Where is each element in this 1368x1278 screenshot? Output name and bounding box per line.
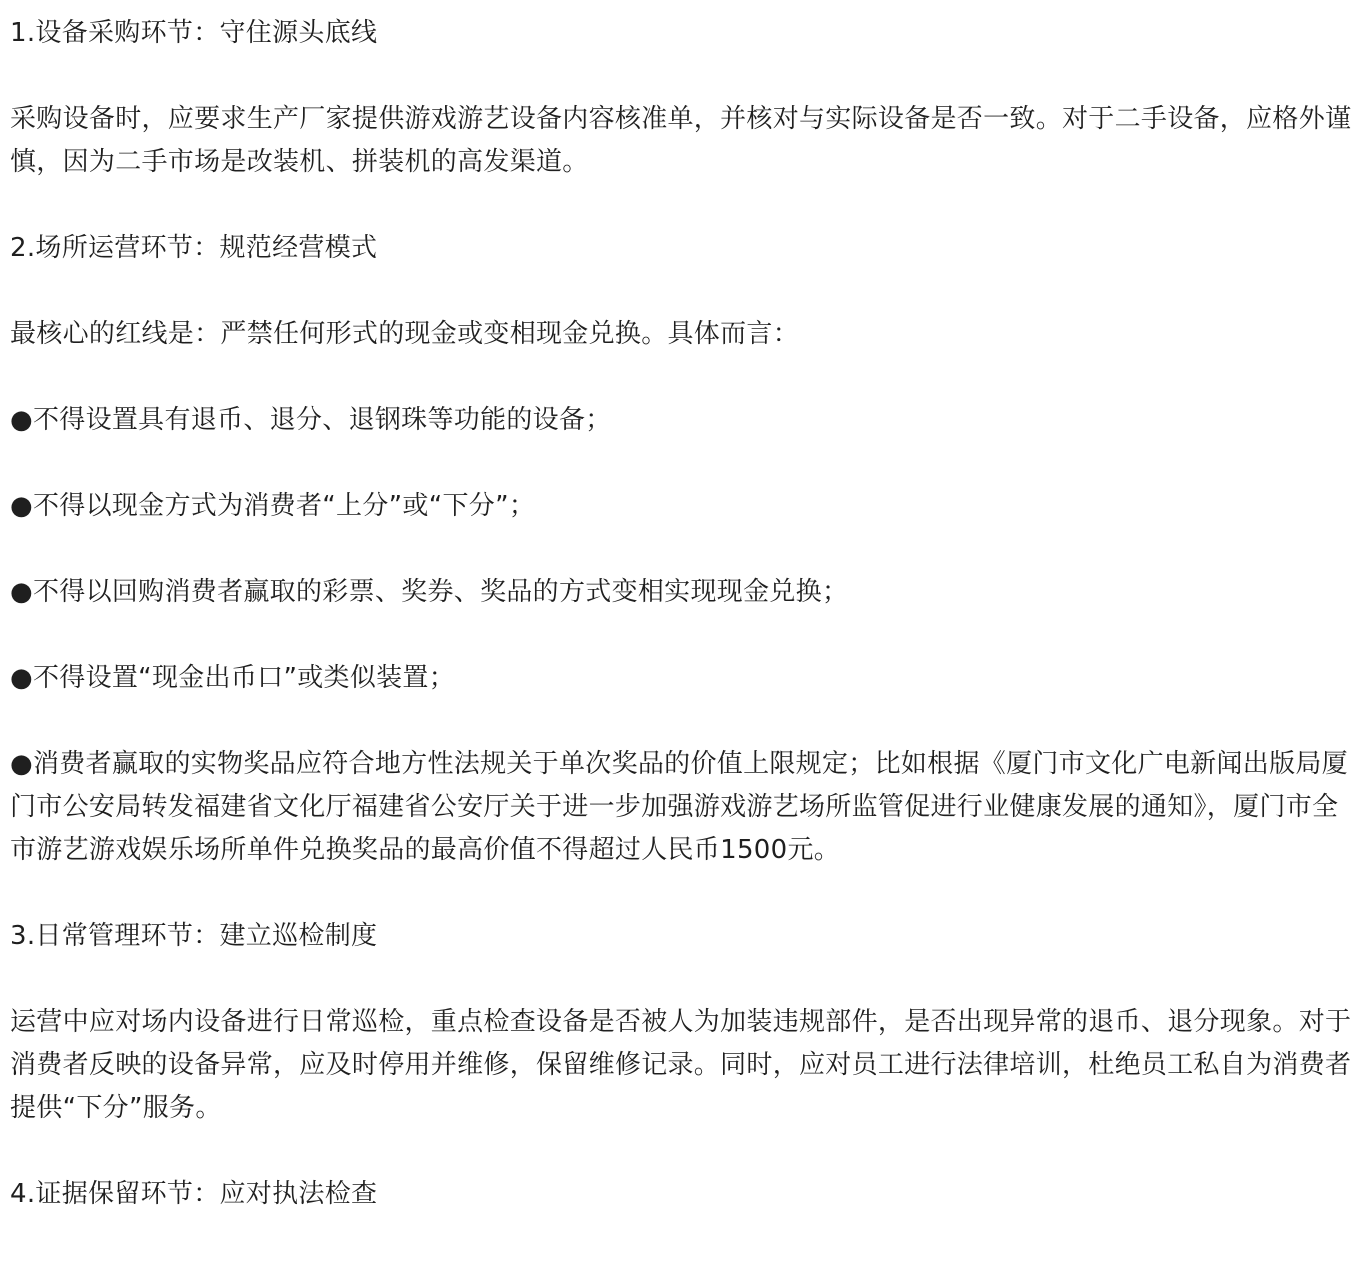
bullet-item-no-refund-devices: ●不得设置具有退币、退分、退钢珠等功能的设备；	[10, 399, 1362, 442]
paragraph-daily-inspection: 运营中应对场内设备进行日常巡检，重点检查设备是否被人为加装违规部件，是否出现异常…	[10, 1001, 1362, 1130]
section-heading-operations: 2.场所运营环节：规范经营模式	[10, 227, 1362, 270]
section-heading-procurement: 1.设备采购环节：守住源头底线	[10, 0, 1362, 55]
paragraph-red-line: 最核心的红线是：严禁任何形式的现金或变相现金兑换。具体而言：	[10, 313, 1362, 356]
section-heading-evidence: 4.证据保留环节：应对执法检查	[10, 1173, 1362, 1216]
article-body: 1.设备采购环节：守住源头底线 采购设备时，应要求生产厂家提供游戏游艺设备内容核…	[0, 0, 1368, 1216]
bullet-item-no-buyback: ●不得以回购消费者赢取的彩票、奖券、奖品的方式变相实现现金兑换；	[10, 571, 1362, 614]
paragraph-procurement: 采购设备时，应要求生产厂家提供游戏游艺设备内容核准单，并核对与实际设备是否一致。…	[10, 98, 1362, 184]
bullet-item-prize-value-limit: ●消费者赢取的实物奖品应符合地方性法规关于单次奖品的价值上限规定；比如根据《厦门…	[10, 743, 1362, 872]
section-heading-daily-management: 3.日常管理环节：建立巡检制度	[10, 915, 1362, 958]
bullet-item-no-cash-outlet: ●不得设置“现金出币口”或类似装置；	[10, 657, 1362, 700]
bullet-item-no-cash-scoring: ●不得以现金方式为消费者“上分”或“下分”；	[10, 485, 1362, 528]
